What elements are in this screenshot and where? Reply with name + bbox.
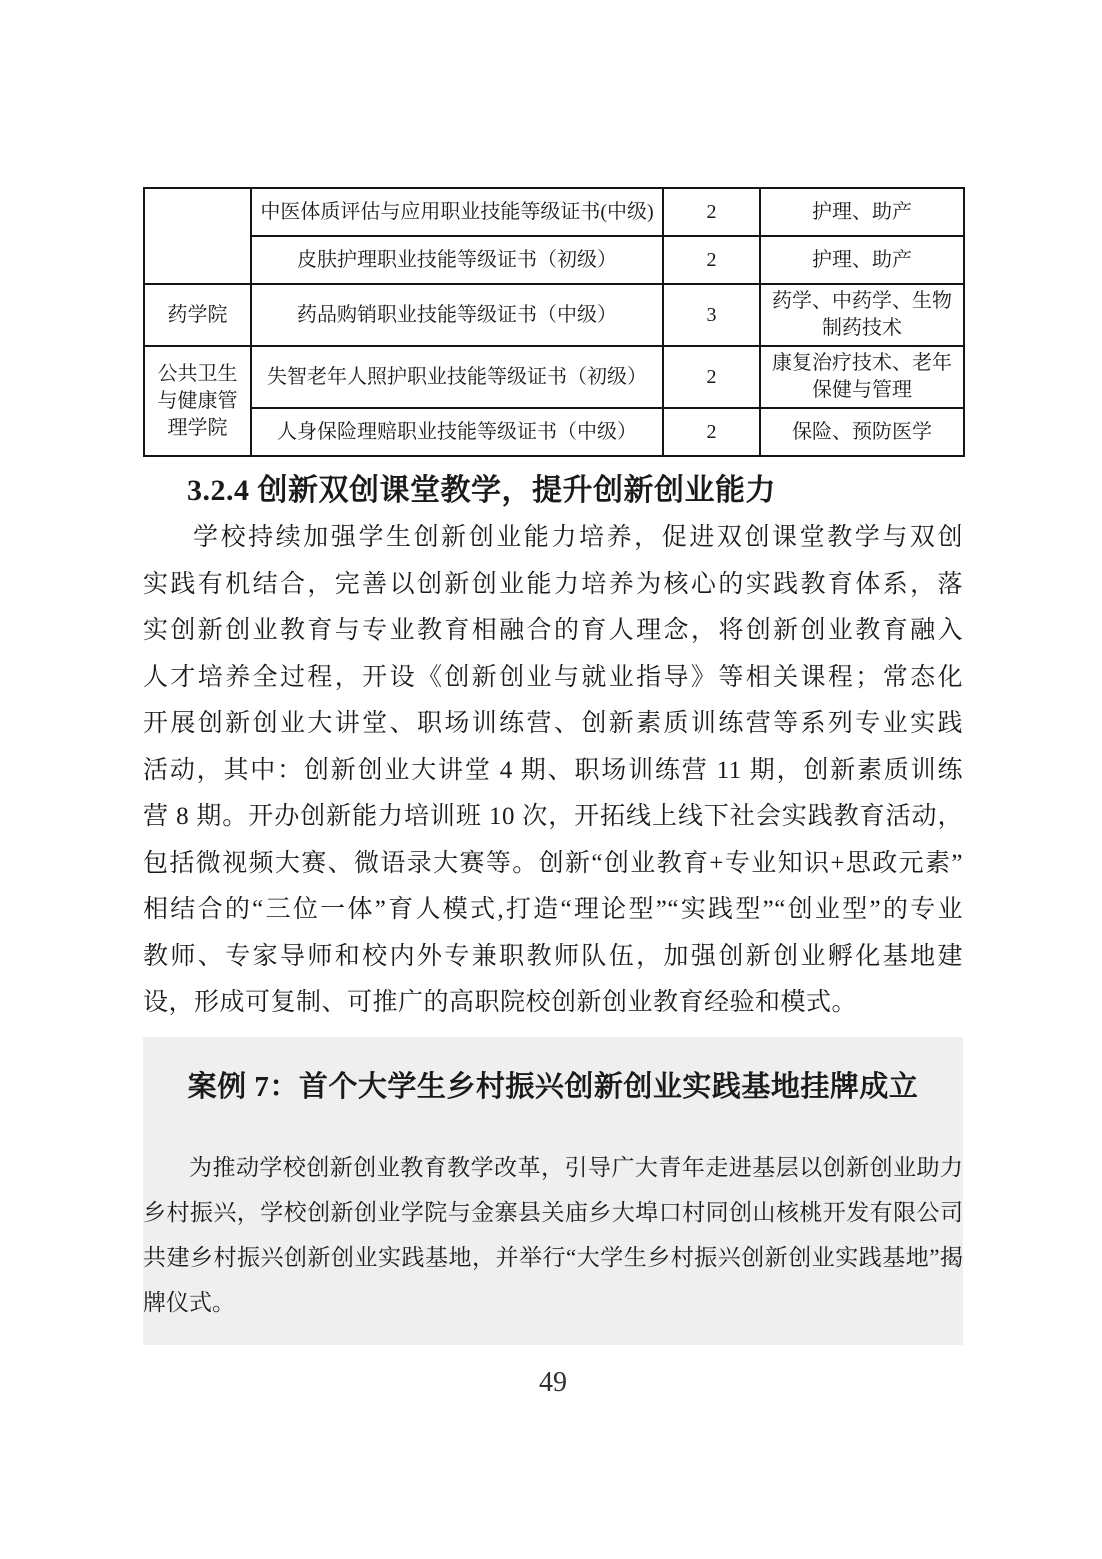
- table-cell-college: 公共卫生与健康管理学院: [144, 346, 251, 456]
- table-cell-count: 2: [663, 188, 760, 236]
- paragraph-line: 包括微视频大赛、微语录大赛等。创新“创业教育+专业知识+思政元素”: [143, 841, 963, 888]
- table-row: 人身保险理赔职业技能等级证书（中级） 2 保险、预防医学: [144, 408, 964, 456]
- paragraph-line: 人才培养全过程，开设《创新创业与就业指导》等相关课程；常态化: [143, 655, 963, 702]
- table-row: 药学院 药品购销职业技能等级证书（中级） 3 药学、中药学、生物制药技术: [144, 284, 964, 346]
- table-row: 公共卫生与健康管理学院 失智老年人照护职业技能等级证书（初级） 2 康复治疗技术…: [144, 346, 964, 408]
- case-paragraph-line: 牌仪式。: [143, 1280, 963, 1325]
- table-cell-majors: 保险、预防医学: [760, 408, 964, 456]
- table-cell-cert: 人身保险理赔职业技能等级证书（中级）: [251, 408, 663, 456]
- page-number: 49: [143, 1363, 963, 1403]
- paragraph-line: 实创新创业教育与专业教育相融合的育人理念，将创新创业教育融入: [143, 608, 963, 655]
- certificate-table: 中医体质评估与应用职业技能等级证书(中级) 2 护理、助产 皮肤护理职业技能等级…: [143, 187, 965, 457]
- table-cell-majors: 药学、中药学、生物制药技术: [760, 284, 964, 346]
- table-cell-cert: 失智老年人照护职业技能等级证书（初级）: [251, 346, 663, 408]
- table-cell-majors: 护理、助产: [760, 236, 964, 284]
- paragraph-line: 营 8 期。开办创新能力培训班 10 次，开拓线上线下社会实践教育活动，: [143, 794, 963, 841]
- paragraph-line: 设，形成可复制、可推广的高职院校创新创业教育经验和模式。: [143, 980, 963, 1027]
- case-title: 案例 7：首个大学生乡村振兴创新创业实践基地挂牌成立: [143, 1065, 963, 1109]
- paragraph-line: 教师、专家导师和校内外专兼职教师队伍，加强创新创业孵化基地建: [143, 934, 963, 981]
- table-cell-majors: 康复治疗技术、老年保健与管理: [760, 346, 964, 408]
- case-paragraph-line: 共建乡村振兴创新创业实践基地，并举行“大学生乡村振兴创新创业实践基地”揭: [143, 1235, 963, 1280]
- table-row: 中医体质评估与应用职业技能等级证书(中级) 2 护理、助产: [144, 188, 964, 236]
- table-cell-college: [144, 188, 251, 284]
- case-paragraph-line: 乡村振兴，学校创新创业学院与金寨县关庙乡大埠口村同创山核桃开发有限公司: [143, 1190, 963, 1235]
- document-page: 中医体质评估与应用职业技能等级证书(中级) 2 护理、助产 皮肤护理职业技能等级…: [0, 0, 1102, 1559]
- table-cell-count: 2: [663, 408, 760, 456]
- table-cell-count: 2: [663, 236, 760, 284]
- case-paragraph-line: 为推动学校创新创业教育教学改革，引导广大青年走进基层以创新创业助力: [143, 1145, 963, 1190]
- paragraph-line: 实践有机结合，完善以创新创业能力培养为核心的实践教育体系，落: [143, 562, 963, 609]
- body-paragraph: 学校持续加强学生创新创业能力培养，促进双创课堂教学与双创 实践有机结合，完善以创…: [143, 515, 963, 1027]
- case-box: 案例 7：首个大学生乡村振兴创新创业实践基地挂牌成立 为推动学校创新创业教育教学…: [143, 1037, 963, 1345]
- table-cell-count: 2: [663, 346, 760, 408]
- table-cell-cert: 中医体质评估与应用职业技能等级证书(中级): [251, 188, 663, 236]
- paragraph-line: 学校持续加强学生创新创业能力培养，促进双创课堂教学与双创: [143, 515, 963, 562]
- section-heading: 3.2.4 创新双创课堂教学，提升创新创业能力: [143, 467, 963, 515]
- table-cell-cert: 药品购销职业技能等级证书（中级）: [251, 284, 663, 346]
- paragraph-line: 开展创新创业大讲堂、职场训练营、创新素质训练营等系列专业实践: [143, 701, 963, 748]
- table-row: 皮肤护理职业技能等级证书（初级） 2 护理、助产: [144, 236, 964, 284]
- table-cell-count: 3: [663, 284, 760, 346]
- page-content: 中医体质评估与应用职业技能等级证书(中级) 2 护理、助产 皮肤护理职业技能等级…: [143, 0, 963, 1403]
- paragraph-line: 活动，其中：创新创业大讲堂 4 期、职场训练营 11 期，创新素质训练: [143, 748, 963, 795]
- paragraph-line: 相结合的“三位一体”育人模式,打造“理论型”“实践型”“创业型”的专业: [143, 887, 963, 934]
- table-cell-cert: 皮肤护理职业技能等级证书（初级）: [251, 236, 663, 284]
- table-cell-college: 药学院: [144, 284, 251, 346]
- table-cell-majors: 护理、助产: [760, 188, 964, 236]
